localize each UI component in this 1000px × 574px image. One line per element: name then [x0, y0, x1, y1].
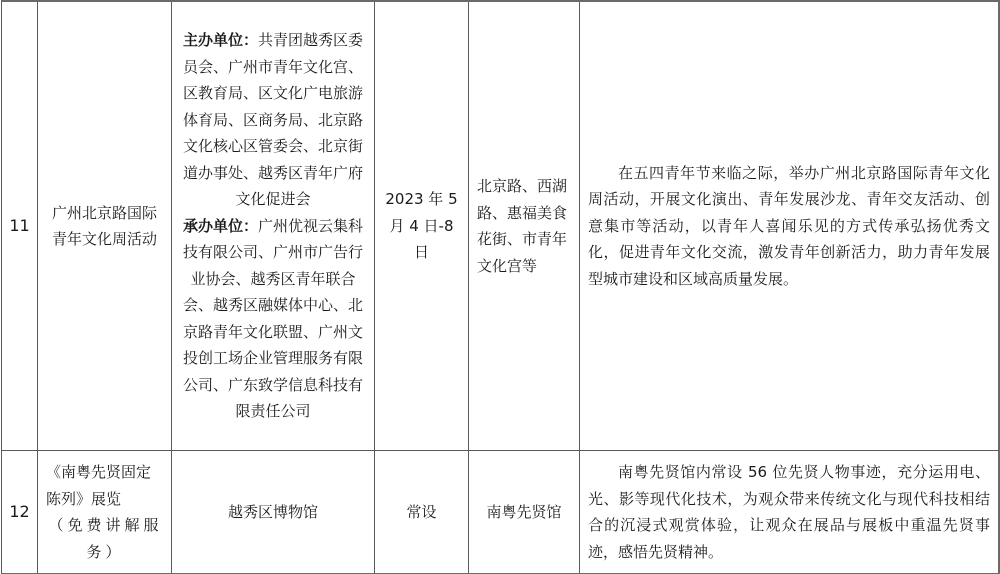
event-name: 《南粤先贤固定陈列》展览 — [46, 463, 151, 508]
row-index: 12 — [2, 451, 38, 574]
event-description: 南粤先贤馆内常设 56 位先贤人物事迹，充分运用电、光、影等现代化技术，为观众带… — [588, 459, 990, 565]
row-index: 11 — [2, 1, 38, 451]
event-description-cell: 南粤先贤馆内常设 56 位先贤人物事迹，充分运用电、光、影等现代化技术，为观众带… — [580, 451, 1000, 574]
organizers-cell: 越秀区博物馆 — [172, 451, 375, 574]
host-label: 主办单位： — [183, 31, 258, 49]
event-location: 南粤先贤馆 — [469, 451, 580, 574]
event-name-cell: 《南粤先贤固定陈列》展览 （免费讲解服务） — [38, 451, 172, 574]
event-table: 11 广州北京路国际青年文化周活动 主办单位：共青团越秀区委员会、广州市青年文化… — [1, 0, 1000, 574]
event-name-note: （免费讲解服务） — [46, 512, 165, 565]
table-row: 12 《南粤先贤固定陈列》展览 （免费讲解服务） 越秀区博物馆 常设 南粤先贤馆… — [2, 451, 1000, 574]
undertaker-label: 承办单位： — [183, 217, 258, 235]
undertaker-text: 广州优视云集科技有限公司、广州市广告行业协会、越秀区青年联合会、越秀区融媒体中心… — [183, 217, 363, 421]
host-text: 共青团越秀区委员会、广州市青年文化宫、区教育局、区文化广电旅游体育局、区商务局、… — [183, 31, 363, 208]
event-time: 2023 年 5 月 4 日-8 日 — [375, 1, 469, 451]
organizers-cell: 主办单位：共青团越秀区委员会、广州市青年文化宫、区教育局、区文化广电旅游体育局、… — [172, 1, 375, 451]
event-description-cell: 在五四青年节来临之际，举办广州北京路国际青年文化周活动，开展文化演出、青年发展沙… — [580, 1, 1000, 451]
event-location: 北京路、西湖路、惠福美食花街、市青年文化宫等 — [469, 1, 580, 451]
event-description: 在五四青年节来临之际，举办广州北京路国际青年文化周活动，开展文化演出、青年发展沙… — [588, 160, 990, 293]
table-row: 11 广州北京路国际青年文化周活动 主办单位：共青团越秀区委员会、广州市青年文化… — [2, 1, 1000, 451]
event-time: 常设 — [375, 451, 469, 574]
event-name: 广州北京路国际青年文化周活动 — [38, 1, 172, 451]
